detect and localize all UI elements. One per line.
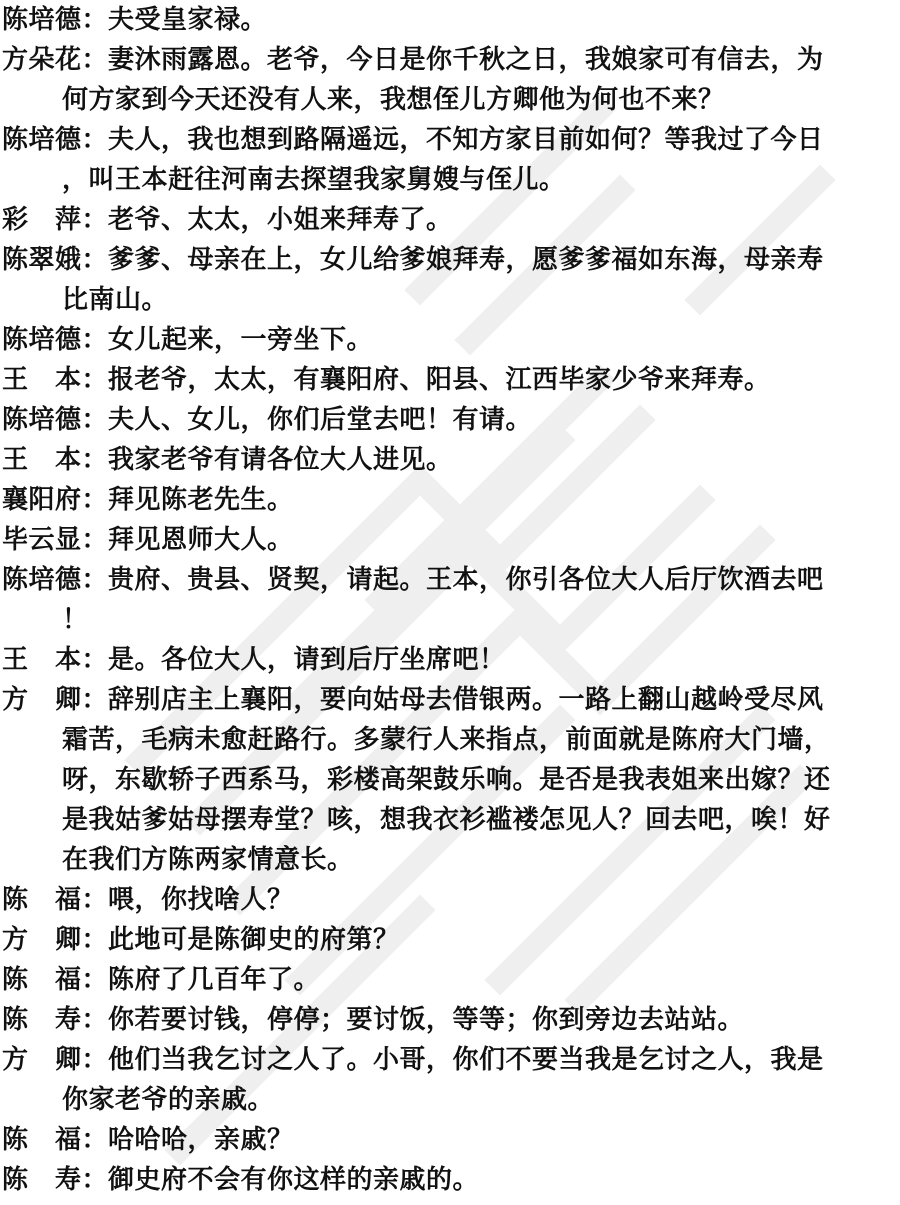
speaker-label: 王 本： xyxy=(2,440,108,480)
dialogue-line: 陈培德：夫受皇家禄。 xyxy=(2,0,898,40)
dialogue-line: 陈翠娥：爹爹、母亲在上，女儿给爹娘拜寿，愿爹爹福如东海，母亲寿 xyxy=(2,240,898,280)
dialogue-text: 妻沐雨露恩。老爷，今日是你千秋之日，我娘家可有信去，为 xyxy=(108,45,824,75)
speaker-label: 毕云显： xyxy=(2,520,108,560)
dialogue-line: 陈 福：喂，你找啥人？ xyxy=(2,880,898,920)
dialogue-line: 毕云显：拜见恩师大人。 xyxy=(2,520,898,560)
dialogue-text: 呀，东歇轿子西系马，彩楼高架鼓乐响。是否是我表姐来出嫁？还 xyxy=(62,765,831,795)
dialogue-continuation: 在我们方陈两家情意长。 xyxy=(2,840,898,880)
dialogue-line: 陈 福：哈哈哈，亲戚？ xyxy=(2,1120,898,1160)
dialogue-text: 御史府不会有你这样的亲戚的。 xyxy=(108,1165,479,1195)
dialogue-continuation: ，叫王本赶往河南去探望我家舅嫂与侄儿。 xyxy=(2,160,898,200)
speaker-label: 陈培德： xyxy=(2,0,108,40)
dialogue-text: 女儿起来，一旁坐下。 xyxy=(108,325,373,355)
speaker-label: 陈培德： xyxy=(2,560,108,600)
dialogue-text: 哈哈哈，亲戚？ xyxy=(108,1125,294,1155)
dialogue-text: 老爷、太太，小姐来拜寿了。 xyxy=(108,205,453,235)
dialogue-line: 彩 萍：老爷、太太，小姐来拜寿了。 xyxy=(2,200,898,240)
dialogue-continuation: 是我姑爹姑母摆寿堂？咳，想我衣衫褴褛怎见人？回去吧，唉！好 xyxy=(2,800,898,840)
dialogue-continuation: 霜苦，毛病未愈赶路行。多蒙行人来指点，前面就是陈府大门墙， xyxy=(2,720,898,760)
speaker-label: 王 本： xyxy=(2,640,108,680)
speaker-label: 方 卿： xyxy=(2,1040,108,1080)
dialogue-text: 霜苦，毛病未愈赶路行。多蒙行人来指点，前面就是陈府大门墙， xyxy=(62,725,831,755)
dialogue-text: 我家老爷有请各位大人进见。 xyxy=(108,445,453,475)
dialogue-text: 此地可是陈御史的府第？ xyxy=(108,925,400,955)
dialogue-line: 方 卿：辞别店主上襄阳，要向姑母去借银两。一路上翻山越岭受尽风 xyxy=(2,680,898,720)
dialogue-line: 陈 寿：御史府不会有你这样的亲戚的。 xyxy=(2,1160,898,1200)
speaker-label: 方朵花： xyxy=(2,40,108,80)
dialogue-text: 陈府了几百年了。 xyxy=(108,965,320,995)
dialogue-line: 方 卿：他们当我乞讨之人了。小哥，你们不要当我是乞讨之人，我是 xyxy=(2,1040,898,1080)
dialogue-text: 是。各位大人，请到后厅坐席吧！ xyxy=(108,645,506,675)
dialogue-text: 他们当我乞讨之人了。小哥，你们不要当我是乞讨之人，我是 xyxy=(108,1045,824,1075)
dialogue-text: 何方家到今天还没有人来，我想侄儿方卿他为何也不来？ xyxy=(62,85,725,115)
dialogue-text: 贵府、贵县、贤契，请起。王本，你引各位大人后厅饮酒去吧 xyxy=(108,565,824,595)
speaker-label: 陈 寿： xyxy=(2,1160,108,1200)
dialogue-text: 你家老爷的亲戚。 xyxy=(62,1085,274,1115)
dialogue-text: 辞别店主上襄阳，要向姑母去借银两。一路上翻山越岭受尽风 xyxy=(108,685,824,715)
dialogue-line: 王 本：报老爷，太太，有襄阳府、阳县、江西毕家少爷来拜寿。 xyxy=(2,360,898,400)
speaker-label: 陈 福： xyxy=(2,960,108,1000)
dialogue-line: 陈培德：女儿起来，一旁坐下。 xyxy=(2,320,898,360)
dialogue-line: 陈 福：陈府了几百年了。 xyxy=(2,960,898,1000)
dialogue-continuation: 呀，东歇轿子西系马，彩楼高架鼓乐响。是否是我表姐来出嫁？还 xyxy=(2,760,898,800)
dialogue-text: 拜见恩师大人。 xyxy=(108,525,294,555)
dialogue-line: 方 卿：此地可是陈御史的府第？ xyxy=(2,920,898,960)
dialogue-text: 喂，你找啥人？ xyxy=(108,885,294,915)
speaker-label: 王 本： xyxy=(2,360,108,400)
speaker-label: 陈 福： xyxy=(2,1120,108,1160)
dialogue-line: 王 本：是。各位大人，请到后厅坐席吧！ xyxy=(2,640,898,680)
speaker-label: 陈培德： xyxy=(2,400,108,440)
speaker-label: 方 卿： xyxy=(2,680,108,720)
dialogue-text: 夫人、女儿，你们后堂去吧！有请。 xyxy=(108,405,532,435)
speaker-label: 陈 寿： xyxy=(2,1000,108,1040)
speaker-label: 彩 萍： xyxy=(2,200,108,240)
dialogue-line: 陈培德：夫人、女儿，你们后堂去吧！有请。 xyxy=(2,400,898,440)
dialogue-text: ，叫王本赶往河南去探望我家舅嫂与侄儿。 xyxy=(62,165,566,195)
dialogue-line: 陈 寿：你若要讨钱，停停；要讨饭，等等；你到旁边去站站。 xyxy=(2,1000,898,1040)
speaker-label: 襄阳府： xyxy=(2,480,108,520)
speaker-label: 陈翠娥： xyxy=(2,240,108,280)
speaker-label: 陈培德： xyxy=(2,320,108,360)
script-document: 陈培德：夫受皇家禄。 方朵花：妻沐雨露恩。老爷，今日是你千秋之日，我娘家可有信去… xyxy=(2,0,898,1200)
dialogue-text: 夫受皇家禄。 xyxy=(108,5,267,35)
speaker-label: 陈 福： xyxy=(2,880,108,920)
dialogue-continuation: 比南山。 xyxy=(2,280,898,320)
dialogue-continuation: 你家老爷的亲戚。 xyxy=(2,1080,898,1120)
dialogue-line: 陈培德：贵府、贵县、贤契，请起。王本，你引各位大人后厅饮酒去吧 xyxy=(2,560,898,600)
dialogue-text: 比南山。 xyxy=(62,285,168,315)
dialogue-text: 是我姑爹姑母摆寿堂？咳，想我衣衫褴褛怎见人？回去吧，唉！好 xyxy=(62,805,831,835)
dialogue-text: ！ xyxy=(62,605,89,635)
dialogue-line: 襄阳府：拜见陈老先生。 xyxy=(2,480,898,520)
dialogue-text: 爹爹、母亲在上，女儿给爹娘拜寿，愿爹爹福如东海，母亲寿 xyxy=(108,245,824,275)
dialogue-text: 拜见陈老先生。 xyxy=(108,485,294,515)
dialogue-continuation: 何方家到今天还没有人来，我想侄儿方卿他为何也不来？ xyxy=(2,80,898,120)
dialogue-text: 在我们方陈两家情意长。 xyxy=(62,845,354,875)
speaker-label: 方 卿： xyxy=(2,920,108,960)
dialogue-line: 方朵花：妻沐雨露恩。老爷，今日是你千秋之日，我娘家可有信去，为 xyxy=(2,40,898,80)
dialogue-text: 夫人，我也想到路隔遥远，不知方家目前如何？等我过了今日 xyxy=(108,125,824,155)
dialogue-line: 王 本：我家老爷有请各位大人进见。 xyxy=(2,440,898,480)
dialogue-continuation: ！ xyxy=(2,600,898,640)
dialogue-text: 报老爷，太太，有襄阳府、阳县、江西毕家少爷来拜寿。 xyxy=(108,365,771,395)
dialogue-text: 你若要讨钱，停停；要讨饭，等等；你到旁边去站站。 xyxy=(108,1005,744,1035)
speaker-label: 陈培德： xyxy=(2,120,108,160)
dialogue-line: 陈培德：夫人，我也想到路隔遥远，不知方家目前如何？等我过了今日 xyxy=(2,120,898,160)
